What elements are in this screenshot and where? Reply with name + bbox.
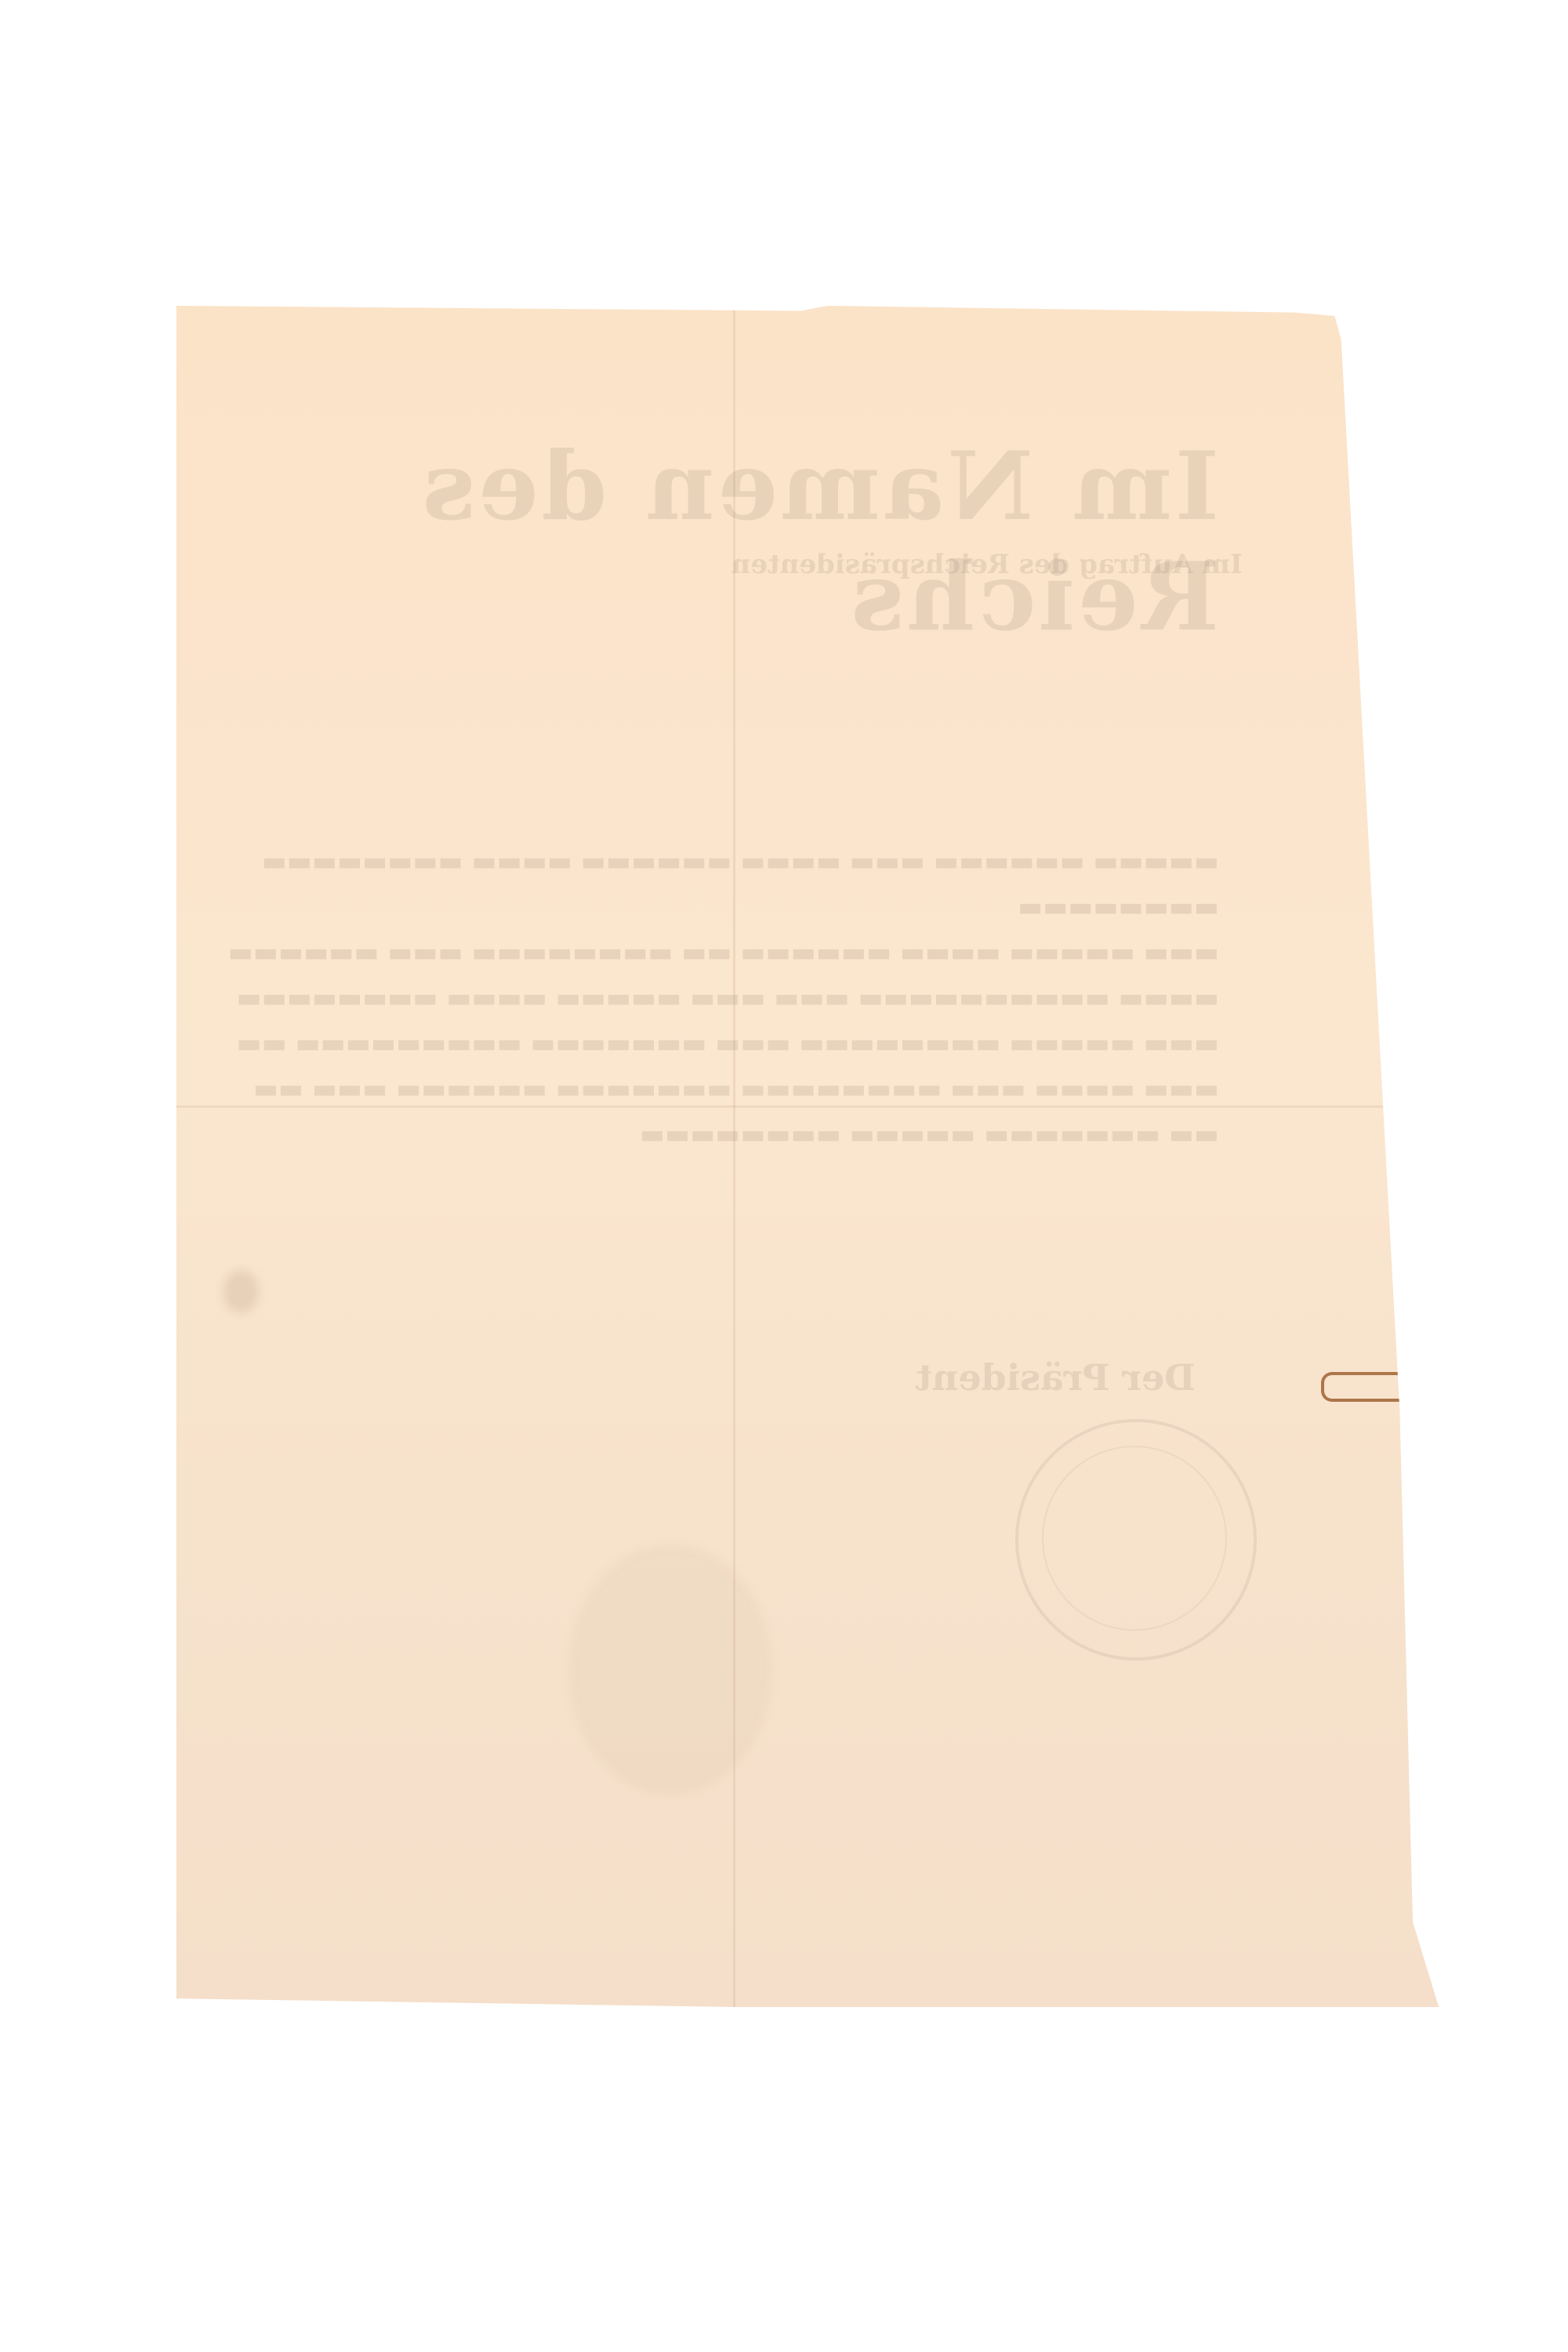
document-body: ▬▬▬▬▬ ▬▬▬▬▬▬ ▬▬▬ ▬▬▬▬ ▬▬▬▬▬▬ ▬▬▬▬ ▬▬▬▬▬▬… xyxy=(200,839,1219,1157)
document-title: Im Namen des Reichs xyxy=(176,431,1219,652)
show-through-layer: Im Namen des Reichs Im Auftrag des Reich… xyxy=(176,306,1478,2007)
signature-line: Der Präsident xyxy=(915,1356,1196,1399)
paper-sheet: Im Namen des Reichs Im Auftrag des Reich… xyxy=(176,306,1478,2007)
document-subtitle: Im Auftrag des Reichspräsidenten xyxy=(731,549,1243,580)
eagle-seal-icon xyxy=(1015,1419,1257,1661)
paperclip-rust-mark xyxy=(1321,1372,1426,1402)
